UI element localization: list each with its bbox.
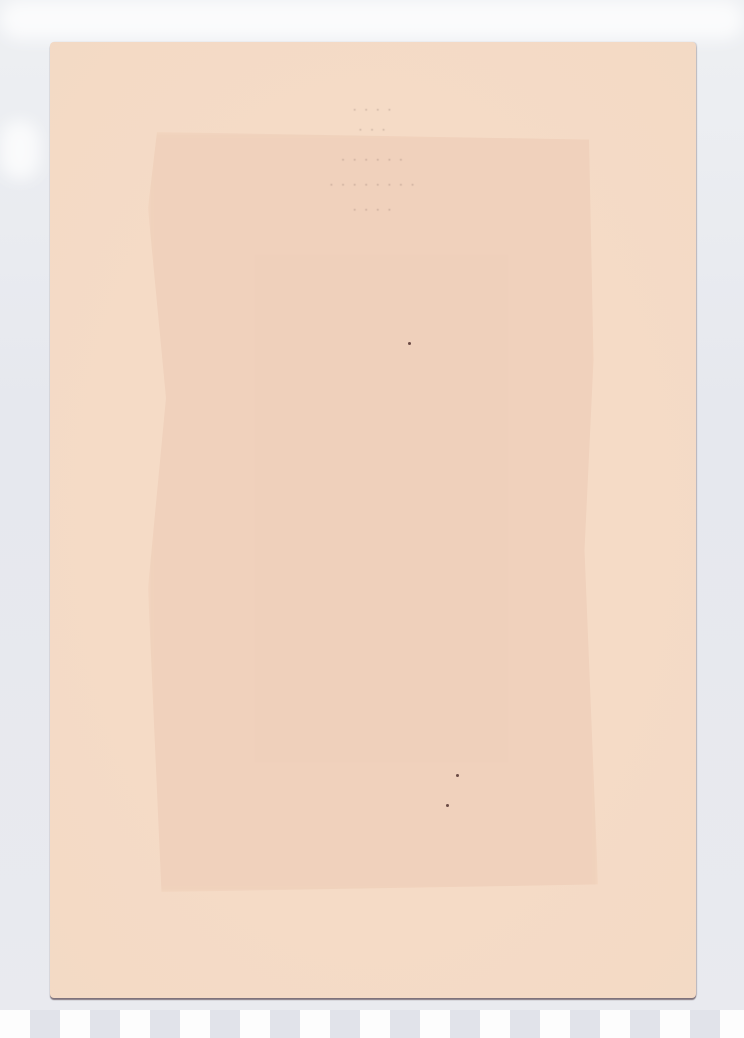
paper-stain — [148, 132, 598, 892]
speck — [446, 804, 449, 807]
sleeve-glare — [0, 120, 40, 180]
showthrough-line: · · · — [50, 122, 696, 138]
sleeve-bottom-edge — [0, 1010, 744, 1038]
speck — [408, 342, 411, 345]
showthrough-line: · · · · — [50, 202, 696, 218]
card-back: · · · · · · · · · · · · · · · · · · · · … — [50, 42, 696, 998]
showthrough-line: · · · · · · — [50, 152, 696, 168]
showthrough-line: · · · · · · · · — [50, 177, 696, 193]
sleeve-glare — [0, 0, 744, 40]
speck — [456, 774, 459, 777]
showthrough-line: · · · · — [50, 102, 696, 118]
